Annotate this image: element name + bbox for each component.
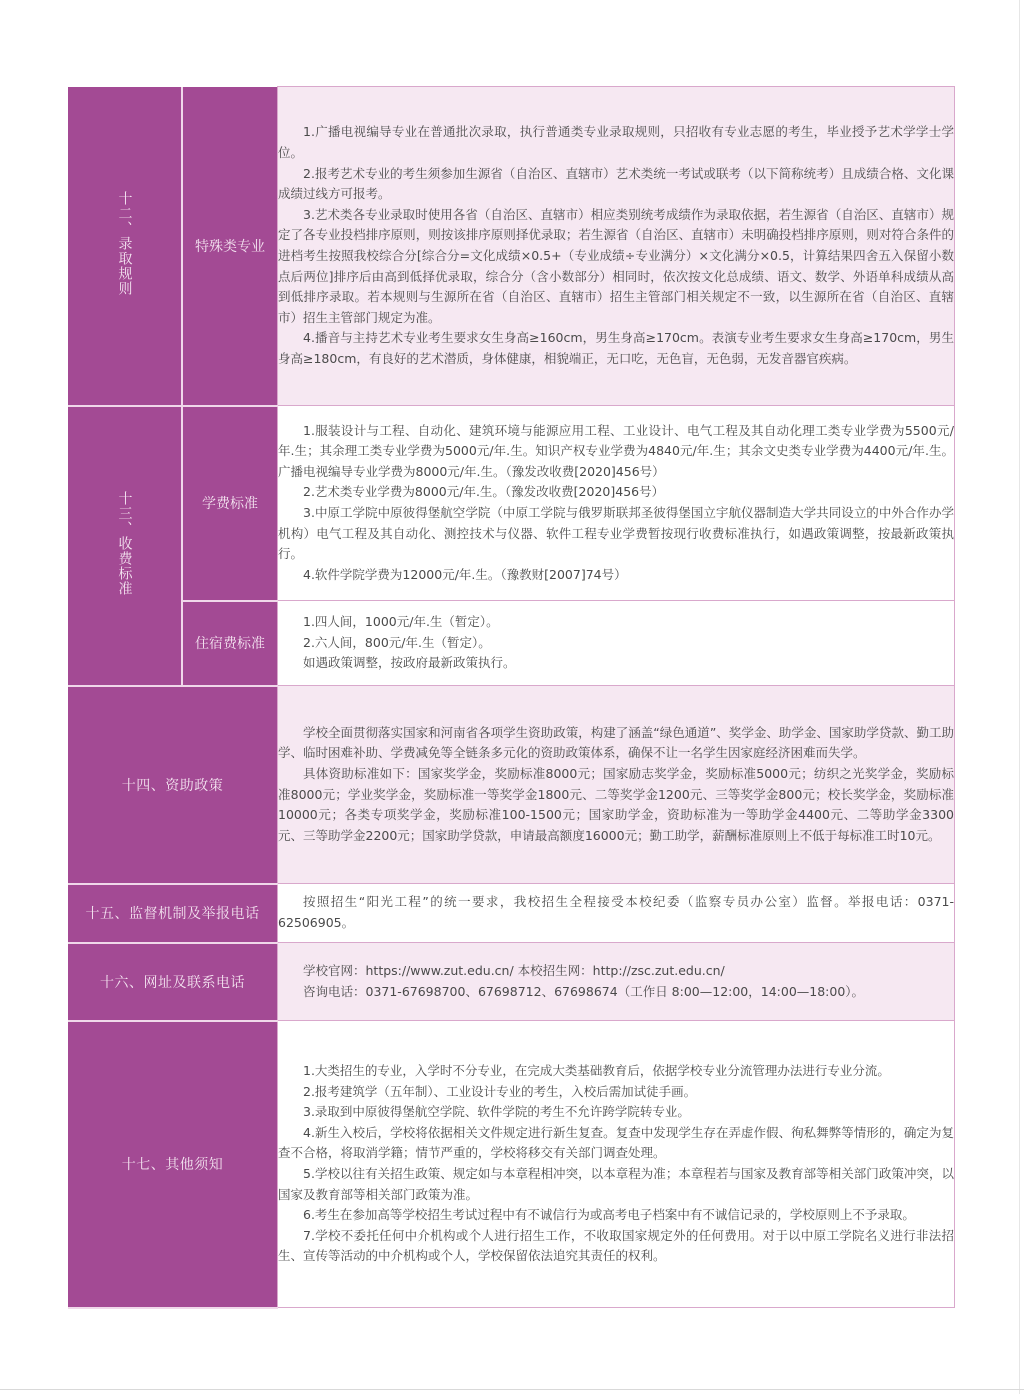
section-13-dorm-row: 住宿费标准 1.四人间，1000元/年.生（暂定）。 2.六人间，800元/年.…: [68, 601, 955, 686]
section-16-header: 十六、网址及联系电话: [68, 943, 278, 1021]
paragraph: 2.六人间，800元/年.生（暂定）。: [278, 633, 954, 654]
paragraph: 学校全面贯彻落实国家和河南省各项学生资助政策，构建了涵盖“绿色通道”、奖学金、助…: [278, 723, 954, 764]
paragraph: 2.艺术类专业学费为8000元/年.生。（豫发改收费[2020]456号）: [278, 482, 954, 503]
paragraph: 2.报考艺术专业的考生须参加生源省（自治区、直辖市）艺术类统一考试或联考（以下简…: [278, 164, 954, 205]
section-12-header: 十二、录取规则: [68, 87, 182, 406]
paragraph: 4.软件学院学费为12000元/年.生。（豫教财[2007]74号）: [278, 565, 954, 586]
page-edge: [1019, 0, 1020, 1394]
paragraph: 1.四人间，1000元/年.生（暂定）。: [278, 612, 954, 633]
paragraph: 3.录取到中原彼得堡航空学院、软件学院的考生不允许跨学院转专业。: [278, 1102, 954, 1123]
paragraph: 具体资助标准如下：国家奖学金，奖励标准8000元；国家励志奖学金，奖励标准500…: [278, 764, 954, 846]
section-17-content: 1.大类招生的专业，入学时不分专业，在完成大类基础教育后，依据学校专业分流管理办…: [278, 1021, 955, 1308]
section-15-content: 按照招生“阳光工程”的统一要求，我校招生全程接受本校纪委（监察专员办公室）监督。…: [278, 884, 955, 943]
paragraph: 2.报考建筑学（五年制）、工业设计专业的考生，入校后需加试徒手画。: [278, 1082, 954, 1103]
section-13-tuition-row: 十三、收费标准 学费标准 1.服装设计与工程、自动化、建筑环境与能源应用工程、工…: [68, 406, 955, 601]
section-16-row: 十六、网址及联系电话 学校官网：https://www.zut.edu.cn/ …: [68, 943, 955, 1021]
admission-rules-table: 十二、录取规则 特殊类专业 1.广播电视编导专业在普通批次录取，执行普通类专业录…: [68, 86, 955, 1309]
section-12-subheader: 特殊类专业: [182, 87, 278, 406]
paragraph: 3.艺术类各专业录取时使用各省（自治区、直辖市）相应类别统考成绩作为录取依据，若…: [278, 205, 954, 329]
paragraph: 3.中原工学院中原彼得堡航空学院（中原工学院与俄罗斯联邦圣彼得堡国立宇航仪器制造…: [278, 503, 954, 565]
paragraph: 1.服装设计与工程、自动化、建筑环境与能源应用工程、工业设计、电气工程及其自动化…: [278, 421, 954, 483]
section-14-row: 十四、资助政策 学校全面贯彻落实国家和河南省各项学生资助政策，构建了涵盖“绿色通…: [68, 686, 955, 884]
paragraph: 4.播音与主持艺术专业考生要求女生身高≥160cm，男生身高≥170cm。表演专…: [278, 328, 954, 369]
section-15-row: 十五、监督机制及举报电话 按照招生“阳光工程”的统一要求，我校招生全程接受本校纪…: [68, 884, 955, 943]
section-12-row: 十二、录取规则 特殊类专业 1.广播电视编导专业在普通批次录取，执行普通类专业录…: [68, 87, 955, 406]
section-15-header: 十五、监督机制及举报电话: [68, 884, 278, 943]
paragraph: 4.新生入校后，学校将依据相关文件规定进行新生复查。复查中发现学生存在弄虚作假、…: [278, 1123, 954, 1164]
contact-phones: 咨询电话：0371-67698700、67698712、67698674（工作日…: [278, 982, 954, 1003]
tuition-subheader: 学费标准: [182, 406, 278, 601]
paragraph: 1.大类招生的专业，入学时不分专业，在完成大类基础教育后，依据学校专业分流管理办…: [278, 1061, 954, 1082]
section-17-row: 十七、其他须知 1.大类招生的专业，入学时不分专业，在完成大类基础教育后，依据学…: [68, 1021, 955, 1308]
dorm-subheader: 住宿费标准: [182, 601, 278, 686]
paragraph: 5.学校以往有关招生政策、规定如与本章程相冲突，以本章程为准；本章程若与国家及教…: [278, 1164, 954, 1205]
section-12-content: 1.广播电视编导专业在普通批次录取，执行普通类专业录取规则，只招收有专业志愿的考…: [278, 87, 955, 406]
section-14-header: 十四、资助政策: [68, 686, 278, 884]
contact-websites: 学校官网：https://www.zut.edu.cn/ 本校招生网：http:…: [278, 961, 954, 982]
section-16-content: 学校官网：https://www.zut.edu.cn/ 本校招生网：http:…: [278, 943, 955, 1021]
section-17-header: 十七、其他须知: [68, 1021, 278, 1308]
section-13-header: 十三、收费标准: [68, 406, 182, 686]
paragraph: 7.学校不委托任何中介机构或个人进行招生工作，不收取国家规定外的任何费用。对于以…: [278, 1226, 954, 1267]
page-bottom-edge: [0, 1389, 1024, 1390]
paragraph: 按照招生“阳光工程”的统一要求，我校招生全程接受本校纪委（监察专员办公室）监督。…: [278, 892, 954, 933]
paragraph: 1.广播电视编导专业在普通批次录取，执行普通类专业录取规则，只招收有专业志愿的考…: [278, 122, 954, 163]
section-14-content: 学校全面贯彻落实国家和河南省各项学生资助政策，构建了涵盖“绿色通道”、奖学金、助…: [278, 686, 955, 884]
paragraph: 如遇政策调整，按政府最新政策执行。: [278, 653, 954, 674]
paragraph: 6.考生在参加高等学校招生考试过程中有不诚信行为或高考电子档案中有不诚信记录的，…: [278, 1205, 954, 1226]
tuition-content: 1.服装设计与工程、自动化、建筑环境与能源应用工程、工业设计、电气工程及其自动化…: [278, 406, 955, 601]
dorm-content: 1.四人间，1000元/年.生（暂定）。 2.六人间，800元/年.生（暂定）。…: [278, 601, 955, 686]
